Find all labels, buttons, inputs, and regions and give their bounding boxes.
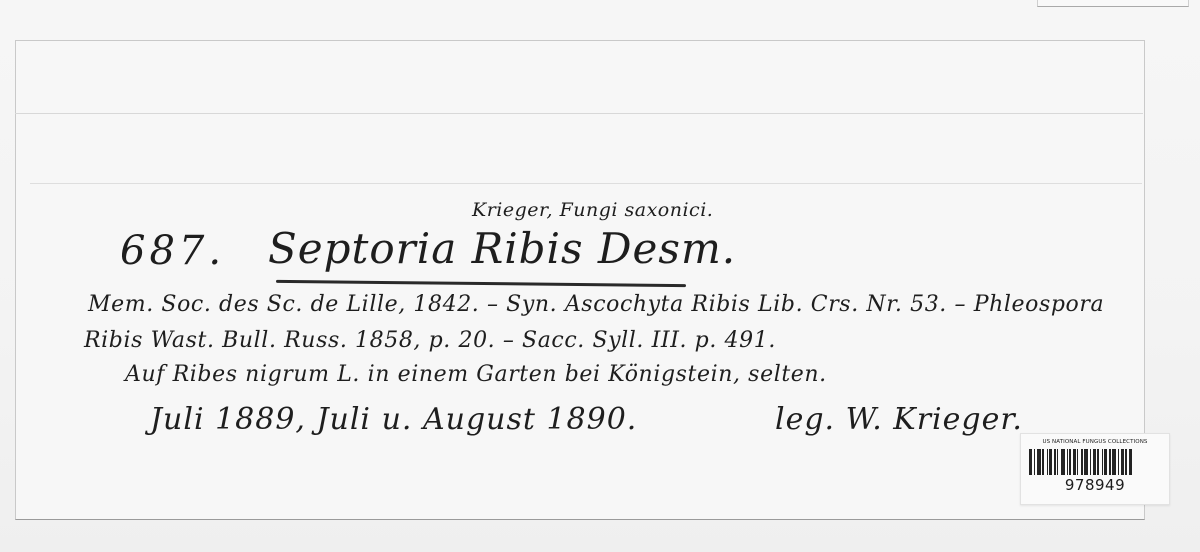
barcode-icon — [1029, 449, 1159, 475]
habitat-locality: Auf Ribes nigrum L. in einem Garten bei … — [125, 362, 827, 387]
taxon-name: Septoria Ribis Desm. — [268, 224, 736, 273]
folder-tab-edge — [1037, 0, 1189, 7]
specimen-label-border — [15, 40, 1145, 520]
collection-dates: Juli 1889, Juli u. August 1890. — [150, 402, 637, 437]
barcode-institution: US NATIONAL FUNGUS COLLECTIONS — [1027, 439, 1163, 445]
citation-line-1: Mem. Soc. des Sc. de Lille, 1842. – Syn.… — [88, 292, 1104, 317]
citation-line-2: Ribis Wast. Bull. Russ. 1858, p. 20. – S… — [84, 328, 776, 353]
catalog-number: 978949 — [1021, 476, 1169, 494]
exsiccata-number: 687. — [120, 228, 225, 274]
exsiccata-series-title: Krieger, Fungi saxonici. — [472, 199, 713, 221]
barcode-label: US NATIONAL FUNGUS COLLECTIONS — [1020, 433, 1170, 505]
collector-signature: leg. W. Krieger. — [775, 402, 1023, 437]
label-inner-rule — [30, 183, 1142, 185]
label-top-rule — [15, 113, 1143, 114]
herbarium-sheet: Krieger, Fungi saxonici. 687. Septoria R… — [0, 0, 1200, 552]
